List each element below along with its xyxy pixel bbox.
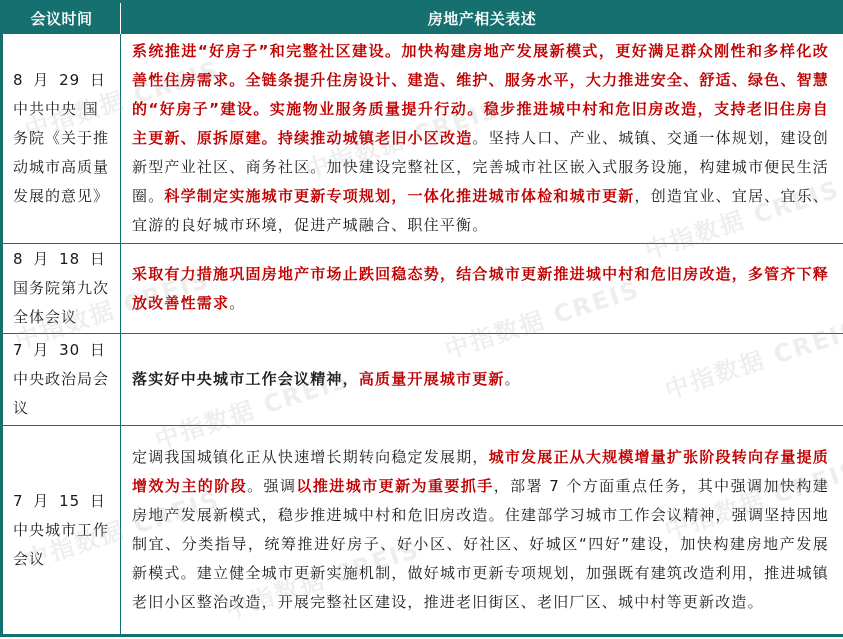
- meeting-date: 7 月 15 日: [13, 487, 114, 516]
- meeting-date: 7 月 30 日: [13, 336, 114, 365]
- table-row: 8 月 18 日 国务院第九次全体会议 采取有力措施巩固房地产市场止跌回稳态势，…: [2, 244, 843, 334]
- plain-text: ，部署 7 个方面重点任务，其中强调加快构建房地产发展新模式，稳步推进城中村和危…: [132, 477, 829, 611]
- table-row: 8 月 29 日 中共中央 国务院《关于推动城市高质量发展的意见》 系统推进“好…: [2, 34, 843, 244]
- statement-cell: 系统推进“好房子”和完整社区建设。加快构建房地产发展新模式，更好满足群众刚性和多…: [121, 34, 843, 244]
- meeting-name: 中央城市工作会议: [13, 516, 114, 574]
- bold-text: 落实好中央城市工作会议精神，: [132, 370, 359, 388]
- meeting-cell: 7 月 15 日 中央城市工作会议: [2, 426, 121, 636]
- meeting-name: 国务院第九次全体会议: [13, 274, 114, 332]
- statement-cell: 采取有力措施巩固房地产市场止跌回稳态势，结合城市更新推进城中村和危旧房改造，多管…: [121, 244, 843, 334]
- table-row: 7 月 15 日 中央城市工作会议 定调我国城镇化正从快速增长期转向稳定发展期，…: [2, 426, 843, 636]
- meeting-date: 8 月 18 日: [13, 245, 114, 274]
- column-header-statement: 房地产相关表述: [121, 2, 843, 34]
- meeting-cell: 7 月 30 日 中央政治局会议: [2, 334, 121, 426]
- policy-table: 会议时间 房地产相关表述 8 月 29 日 中共中央 国务院《关于推动城市高质量…: [0, 0, 843, 637]
- column-header-meeting-time: 会议时间: [2, 2, 121, 34]
- meeting-cell: 8 月 29 日 中共中央 国务院《关于推动城市高质量发展的意见》: [2, 34, 121, 244]
- plain-text: 定调我国城镇化正从快速增长期转向稳定发展期，: [132, 448, 489, 466]
- meeting-date: 8 月 29 日: [13, 66, 114, 95]
- meeting-cell: 8 月 18 日 国务院第九次全体会议: [2, 244, 121, 334]
- emphasis-text: 科学制定实施城市更新专项规划，一体化推进城市体检和城市更新: [164, 187, 634, 205]
- plain-text: 。: [505, 370, 521, 388]
- plain-text: 。强调: [247, 477, 296, 495]
- statement-cell: 定调我国城镇化正从快速增长期转向稳定发展期，城市发展正从大规模增量扩张阶段转向存…: [121, 426, 843, 636]
- table-row: 7 月 30 日 中央政治局会议 落实好中央城市工作会议精神，高质量开展城市更新…: [2, 334, 843, 426]
- emphasis-text: 以推进城市更新为重要抓手: [296, 477, 493, 495]
- emphasis-text: 高质量开展城市更新: [359, 370, 505, 388]
- statement-cell: 落实好中央城市工作会议精神，高质量开展城市更新。: [121, 334, 843, 426]
- plain-text: 。: [229, 294, 245, 312]
- table-header-row: 会议时间 房地产相关表述: [2, 2, 843, 34]
- meeting-name: 中央政治局会议: [13, 365, 114, 423]
- meeting-name: 中共中央 国务院《关于推动城市高质量发展的意见》: [13, 95, 114, 211]
